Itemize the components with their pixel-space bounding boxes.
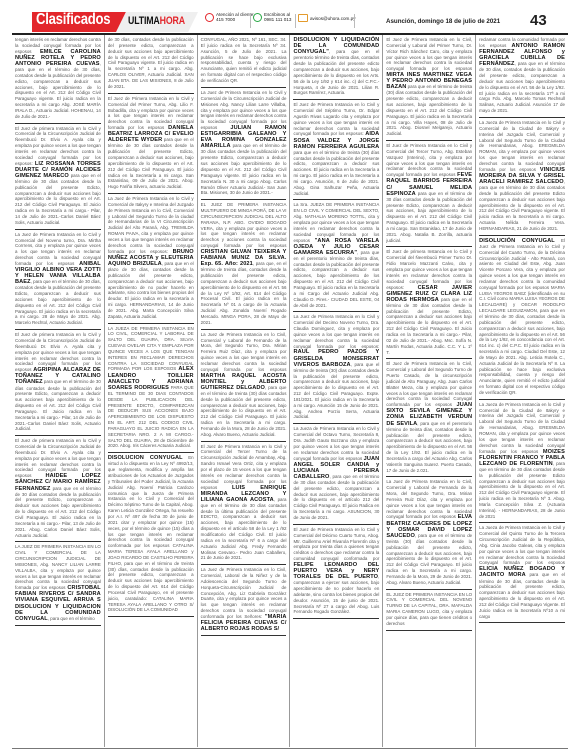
classified-ad: La Sra. JUEZA DE PRIMERA INSTANCIA EN LO…: [293, 200, 379, 312]
classified-ad: La Juez de Primera Instancia en lo Civil…: [201, 565, 287, 636]
contact-whatsapp: Escribinos al0981 111 013: [253, 12, 291, 22]
ad-text: La Juez de Primera Instancia en lo Civil…: [201, 332, 287, 372]
ad-text: CONYUGAL, AÑO 2021, Nº 161, SEC. 34. El …: [201, 37, 287, 83]
classified-ad: El Juez de Primera Instancia en lo Civil…: [201, 442, 287, 566]
classified-ad: El Juez de Primera Instancia en lo Civil…: [386, 359, 472, 477]
classified-ad: El Juez de Primera Instancia en lo Civil…: [293, 525, 379, 619]
classified-ad: La Jueza de Primera Instancia en lo Civi…: [293, 424, 379, 525]
classified-ad: La Juez de Primera Instancia en lo Civil…: [15, 230, 101, 331]
classified-ad: reclamar contra la comunidad formada por…: [479, 35, 565, 118]
ad-text: El Juez de primera Instancia en lo Civil…: [386, 249, 472, 289]
classified-ad: La Jueza de Primera Instancia en lo Civi…: [479, 118, 565, 236]
ad-text: El Juez de Primera Instancia en lo Civil…: [386, 361, 472, 407]
ad-text: para que en el término de treinta (30) d…: [293, 150, 379, 196]
classified-ad: de 30 días, contados desde la publicació…: [108, 35, 194, 94]
column-1: tengan interés en reclamar derechos cont…: [12, 35, 105, 747]
ad-text: EL JUEZ DE PRIMERA INSTANCIA MULTIFUERO …: [201, 202, 287, 248]
ad-text: La Juez de Primera Instancia en lo Civil…: [386, 479, 472, 519]
classified-ad: La Juez de Primera Instancia en lo Civil…: [201, 330, 287, 442]
ad-text: El Juez de Primera Instancia en lo Civil…: [201, 444, 287, 490]
ad-text: El Juez de primera Instancia en lo Civil…: [15, 438, 101, 478]
ad-party-names: DISOLUCIÓN CONYUGAL: [479, 238, 555, 244]
classified-ad: La Juez de Primera Instancia en lo Civil…: [201, 88, 287, 200]
whatsapp-icon: [253, 13, 262, 22]
contact-phone: Atención al cliente:415 7000: [205, 12, 255, 22]
classified-ad: El Juez de primera Instancia en lo Civil…: [386, 247, 472, 359]
classified-ad: La Juez de Primera Instancia en lo Civil…: [386, 477, 472, 589]
classified-ad: La Juez de Primera Instancia en lo Civil…: [108, 194, 194, 323]
classified-ad: DISOLUCION Y LIQUIDACIÓN DE LA COMUNIDAD…: [293, 35, 379, 100]
mail-icon: [298, 14, 308, 22]
ad-text: , comparezcan a ejercer sus acciones, ba…: [293, 574, 379, 614]
classified-ad: EL JUEZ DE PRIMERA INSTANCIA MULTIFUERO …: [201, 200, 287, 329]
ad-text: El Juez de Primera Instancia en lo Civil…: [386, 37, 472, 71]
ad-party-names: FELIPE LEONARDO DEL PUERTO VERA y NERY T…: [293, 562, 379, 580]
classified-ad: LA JUEZ DE PRIMERA INSTANCIA EN LO CIVIL…: [15, 542, 101, 625]
ad-text: El Juez de primera Instancia en lo Civil…: [15, 332, 101, 372]
classified-ad: El Juez de Primera Instancia en lo Civil…: [108, 94, 194, 194]
page-number: 43: [530, 12, 547, 29]
ad-text: El Juez de Primera Instancia en lo Civil…: [293, 527, 379, 561]
ad-text: LA JUEZA DE PRIMERA INSTANCIA EN LO CIVI…: [108, 326, 194, 372]
ad-text: El Juez de primera Instancia en lo Civil…: [15, 126, 101, 166]
classifieds-columns: tengan interés en reclamar derechos cont…: [12, 35, 568, 747]
ad-text: La Juez de Primera Instancia en lo Civil…: [201, 90, 287, 130]
ad-text: , para que en el término de treinta (30)…: [386, 533, 472, 585]
ad-text: , para que en el perentorio término de t…: [293, 250, 379, 308]
ad-party-names: DISOLUCION CONYUGAL: [108, 455, 183, 461]
classified-ad: La Jueza de Primera Instancia en lo Civi…: [479, 523, 565, 623]
ad-text: La Sra. JUEZA DE PRIMERA INSTANCIA EN LO…: [293, 202, 379, 242]
ad-text: , para que en el perentorio término de t…: [293, 49, 379, 95]
ad-text: , para que en el perentorio término de t…: [386, 421, 472, 473]
classified-ad: EL JUEZ DE PRIMERA INSTANCIA EN LO CIVIL…: [386, 590, 472, 631]
ad-text: , para que el término de treinta (30) dí…: [293, 362, 379, 420]
ad-text: El Juez de Primera Instancia en lo Civil…: [479, 238, 565, 395]
column-5: El Juez de Primera Instancia en lo Civil…: [383, 35, 476, 747]
ad-text: para que en el término de 30 días contad…: [15, 173, 101, 225]
divider: [354, 14, 355, 28]
ad-text: , para que en el término de 30 días, con…: [15, 61, 101, 119]
ad-text: , para que en el término: [48, 616, 95, 621]
ad-text: para que en el término de 30 días contad…: [15, 379, 101, 431]
classified-ad: El Juez de Primera Instancia en lo Civil…: [293, 100, 379, 200]
ad-text: La Jueza de Primera Instancia en lo Civi…: [479, 120, 565, 172]
ad-text: , para que en el término de 30 días, con…: [479, 61, 565, 113]
classified-ad: El Juez de primera Instancia en lo Civil…: [15, 124, 101, 230]
ad-text: para que en el término de 30 días contad…: [386, 191, 472, 243]
classified-ad: LA JUEZA DE PRIMERA INSTANCIA EN LO CIVI…: [108, 324, 194, 454]
page-header: Clasificados ULTIMAHORA Atención al clie…: [0, 0, 580, 24]
ad-text: En virtud a lo dispuesto en la Ley Nº 49…: [108, 455, 194, 612]
ad-text: para que en el término de 30 días contad…: [15, 486, 101, 538]
classified-ad: El Juez de Primera Instancia en lo Civil…: [386, 141, 472, 247]
phone-icon: [205, 13, 214, 22]
ad-text: , para que en el plazo de 30 días, conta…: [108, 261, 194, 319]
ad-text: La Juez de Primera Instancia en lo Civil…: [293, 314, 379, 348]
ad-text: LA JUEZ DE PRIMERA INSTANCIA EN LO CIVIL…: [15, 544, 101, 590]
ad-text: La Jueza de Primera Instancia en lo Civi…: [479, 525, 565, 565]
newspaper-logo: ULTIMAHORA: [128, 15, 185, 27]
divider: [250, 14, 251, 28]
footer-rule: [12, 748, 568, 749]
column-4: DISOLUCION Y LIQUIDACIÓN DE LA COMUNIDAD…: [290, 35, 383, 747]
ad-text: , para que en el término de 30 días cont…: [201, 497, 287, 561]
ad-text: La Juez de Primera Instancia en lo Civil…: [108, 196, 194, 254]
ad-text: , para que en el término de treinta (30)…: [201, 385, 287, 437]
column-6: reclamar contra la comunidad formada por…: [476, 35, 568, 747]
classified-ad: El Juez de primera Instancia en lo Civil…: [15, 330, 101, 436]
column-3: CONYUGAL, AÑO 2021, Nº 161, SEC. 34. El …: [198, 35, 291, 747]
ad-text: , para que en término de 30 días contado…: [479, 179, 565, 231]
ad-text: para que en el término de 30 días, conta…: [479, 572, 565, 618]
classified-ad: tengan interés en reclamar derechos cont…: [15, 35, 101, 124]
ad-text: , para que en el término de 30 días, con…: [15, 279, 101, 325]
classified-ad: DISOLUCIÓN CONYUGAL El Juez de Primera I…: [479, 236, 565, 400]
ad-text: La Jueza de Primera Instancia en lo Civi…: [479, 402, 565, 454]
ad-text: , para que en término de 30 días contado…: [479, 461, 565, 519]
classified-ad: El Juez de primera Instancia en lo Civil…: [15, 436, 101, 542]
ad-text: de 30 días, contados desde la publicació…: [108, 37, 194, 89]
classified-ad: DISOLUCION CONYUGAL En virtud a lo dispu…: [108, 453, 194, 617]
dateline: Asunción, domingo 18 de julio de 2021: [386, 18, 500, 25]
ad-text: PARA QUE EL TERMINO DE 30 DIAS CONTADOS …: [108, 385, 194, 449]
column-2: de 30 días, contados desde la publicació…: [105, 35, 198, 747]
ad-text: para que en el término de treinta (30) d…: [386, 84, 472, 136]
ad-text: para que en el término de 30 días contad…: [201, 143, 287, 195]
ad-text: para que en el término de 30 días contad…: [108, 137, 194, 189]
section-title: Clasificados: [36, 11, 110, 29]
ad-text: para que en el término de 30 días contad…: [386, 297, 472, 355]
ad-text: La Juez de Primera Instancia en lo Civil…: [201, 567, 287, 619]
classified-ad: La Juez de Primera Instancia en lo Civil…: [293, 312, 379, 424]
classified-ad: CONYUGAL, AÑO 2021, Nº 161, SEC. 34. El …: [201, 35, 287, 88]
classified-ad: El Juez de Primera Instancia en lo Civil…: [386, 35, 472, 141]
divider: [295, 14, 296, 28]
ad-text: , para que en el término de 30 días cont…: [293, 474, 379, 520]
ad-text: , para que, en el término de treinta día…: [201, 261, 287, 325]
contact-email: avisos@uhora.com.py: [298, 14, 356, 22]
classified-ad: La Jueza de Primera Instancia en lo Civi…: [479, 400, 565, 524]
ad-text: EL JUEZ DE PRIMERA INSTANCIA EN LO CIVIL…: [386, 592, 472, 626]
